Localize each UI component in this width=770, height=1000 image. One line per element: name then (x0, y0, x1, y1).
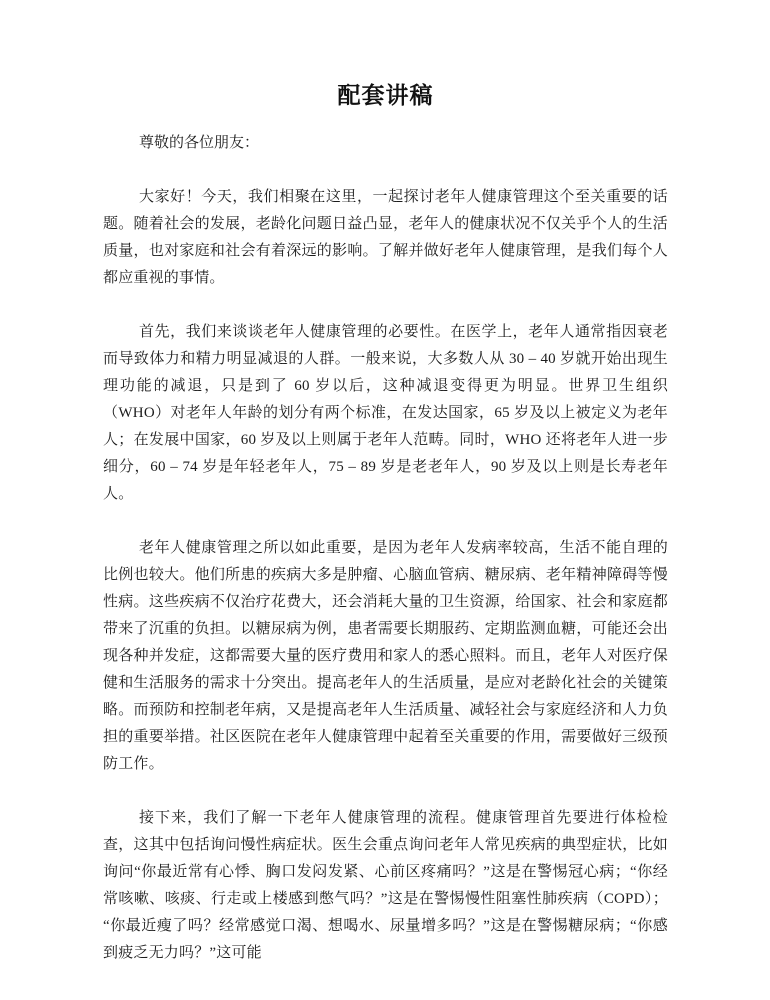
document-title: 配套讲稿 (103, 80, 668, 112)
salutation-line: 尊敬的各位朋友： (103, 130, 668, 157)
paragraph-importance: 老年人健康管理之所以如此重要，是因为老年人发病率较高，生活不能自理的比例也较大。… (103, 535, 668, 778)
paragraph-necessity: 首先，我们来谈谈老年人健康管理的必要性。在医学上，老年人通常指因衰老而导致体力和… (103, 319, 668, 508)
paragraph-process: 接下来，我们了解一下老年人健康管理的流程。健康管理首先要进行体检检查，这其中包括… (103, 805, 668, 967)
paragraph-intro: 大家好！今天，我们相聚在这里，一起探讨老年人健康管理这个至关重要的话题。随着社会… (103, 184, 668, 292)
document-page: 配套讲稿 尊敬的各位朋友： 大家好！今天，我们相聚在这里，一起探讨老年人健康管理… (0, 0, 770, 1000)
document-body: 配套讲稿 尊敬的各位朋友： 大家好！今天，我们相聚在这里，一起探讨老年人健康管理… (0, 0, 770, 967)
